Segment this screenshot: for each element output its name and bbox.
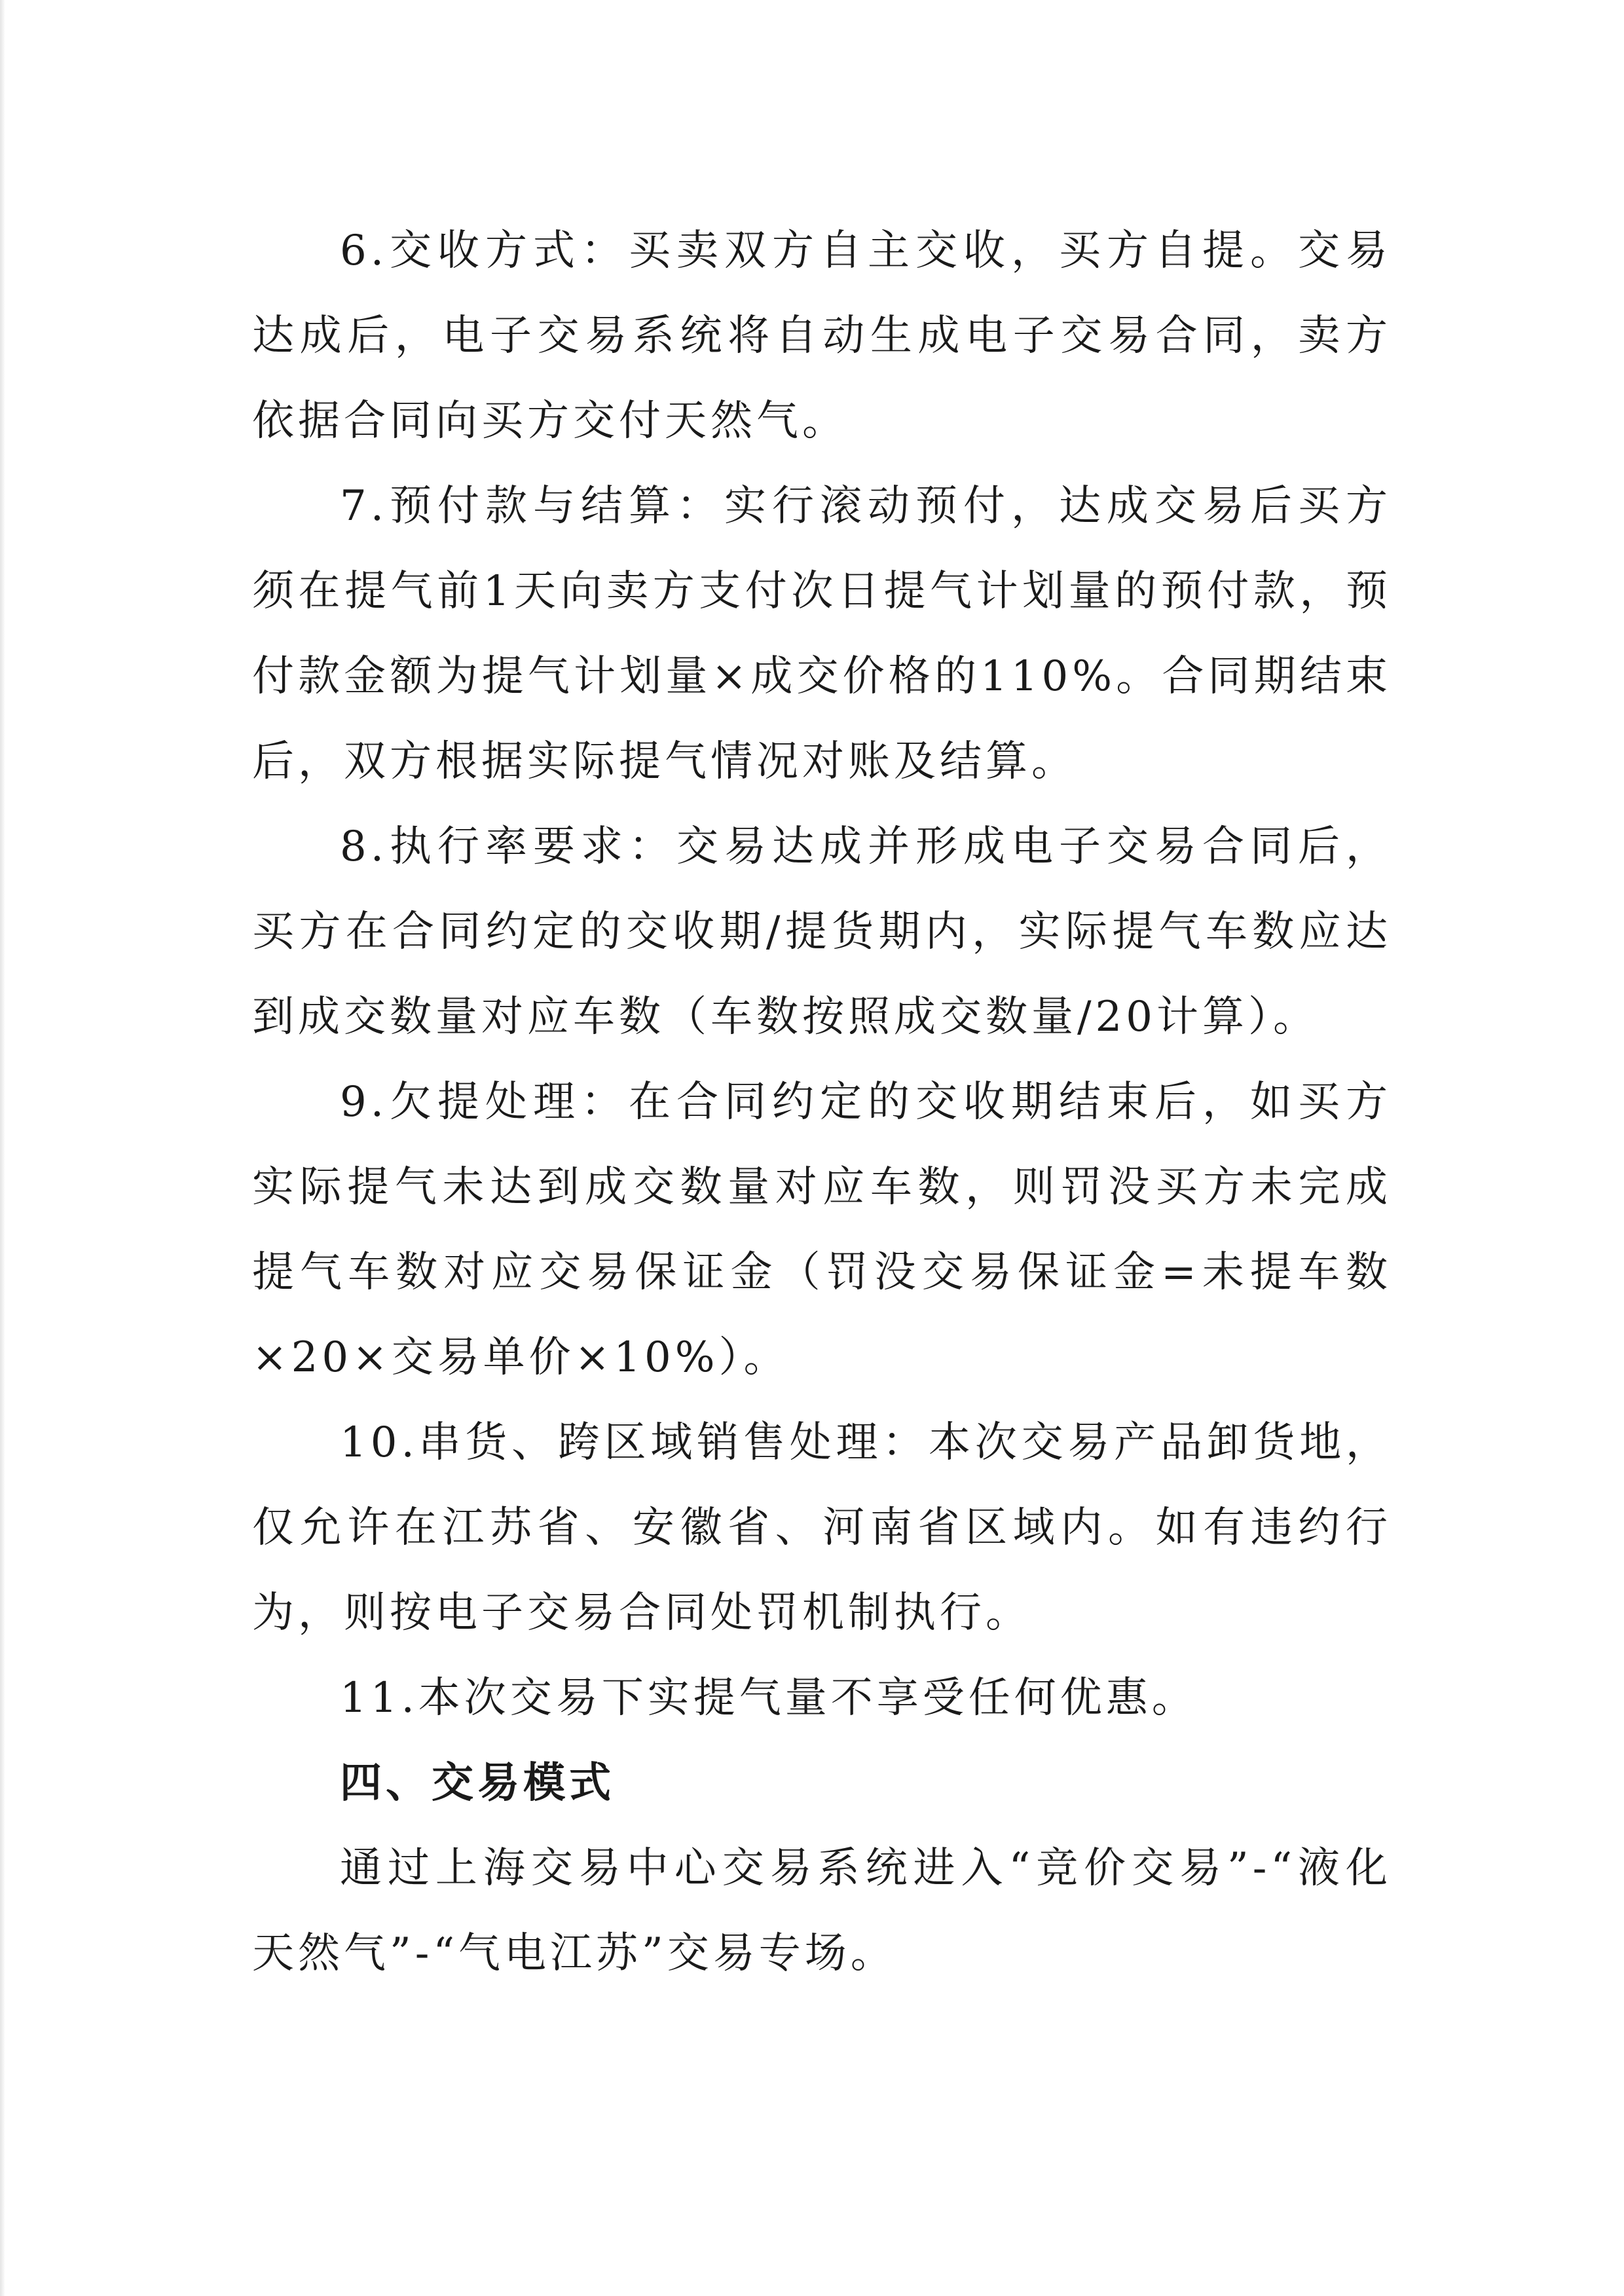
closing-paragraph: 通过上海交易中心交易系统进入“竞价交易”-“液化天然气”-“气电江苏”交易专场。 (252, 1826, 1392, 1996)
paragraph-item-10: 10.串货、跨区域销售处理：本次交易产品卸货地，仅允许在江苏省、安徽省、河南省区… (252, 1400, 1392, 1656)
section-heading: 四、交易模式 (252, 1741, 1392, 1826)
paragraph-item-11: 11.本次交易下实提气量不享受任何优惠。 (252, 1656, 1392, 1741)
paragraph-item-8: 8.执行率要求：交易达成并形成电子交易合同后，买方在合同约定的交收期/提货期内，… (252, 804, 1392, 1060)
scan-edge-shadow (0, 0, 5, 2296)
document-body: 6.交收方式：买卖双方自主交收，买方自提。交易达成后，电子交易系统将自动生成电子… (252, 208, 1392, 1996)
document-page: 6.交收方式：买卖双方自主交收，买方自提。交易达成后，电子交易系统将自动生成电子… (0, 0, 1624, 2296)
paragraph-item-6: 6.交收方式：买卖双方自主交收，买方自提。交易达成后，电子交易系统将自动生成电子… (252, 208, 1392, 464)
paragraph-item-7: 7.预付款与结算：实行滚动预付，达成交易后买方须在提气前1天向卖方支付次日提气计… (252, 464, 1392, 804)
paragraph-item-9: 9.欠提处理：在合同约定的交收期结束后，如买方实际提气未达到成交数量对应车数，则… (252, 1060, 1392, 1400)
